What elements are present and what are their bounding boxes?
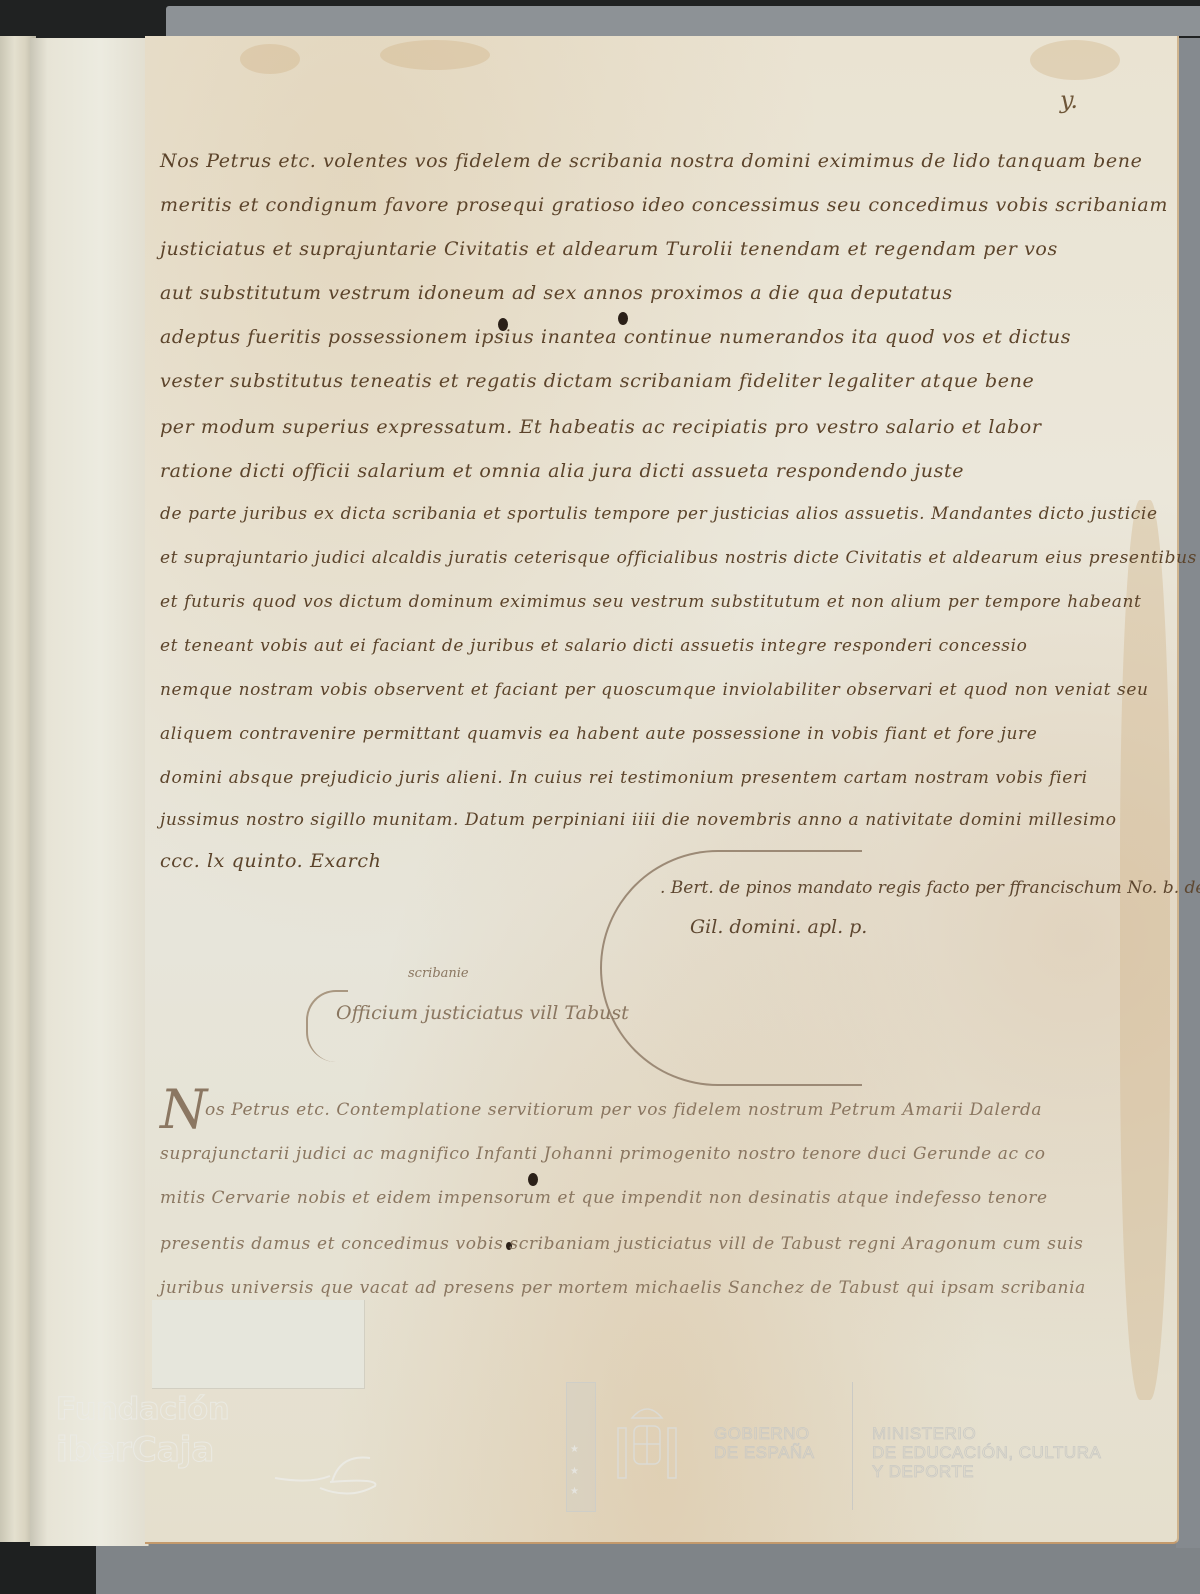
mount-board-right <box>1176 38 1200 1548</box>
text-line: per modum superius expressatum. Et habea… <box>160 416 1042 438</box>
rubric-bracket <box>306 990 348 1062</box>
worm-hole <box>498 318 508 331</box>
worm-hole <box>618 312 628 325</box>
scanner-frame-bottom-left <box>0 1540 96 1594</box>
text-line: aliquem contravenire permittant quamvis … <box>160 724 1037 744</box>
text-line: et futuris quod vos dictum dominum eximi… <box>160 592 1141 612</box>
water-stain <box>240 44 300 74</box>
text-line: domini absque prejudicio juris alieni. I… <box>160 768 1088 788</box>
watermark-ministerio: MINISTERIO DE EDUCACIÓN, CULTURA Y DEPOR… <box>872 1424 1101 1481</box>
text-line: nemque nostram vobis observent et facian… <box>160 680 1149 700</box>
annotation-line: . Bert. de pinos mandato regis facto per… <box>660 878 1200 898</box>
text-line: justiciatus et suprajuntarie Civitatis e… <box>160 238 1058 260</box>
text-line: meritis et condignum favore prosequi gra… <box>160 194 1168 216</box>
text-line: os Petrus etc. Contemplatione servitioru… <box>205 1100 1042 1120</box>
watermark-divider <box>852 1382 853 1510</box>
text-line: presentis damus et concedimus vobis scri… <box>160 1234 1083 1254</box>
worm-hole <box>528 1173 538 1186</box>
text-line: vester substitutus teneatis et regatis d… <box>160 370 1034 392</box>
annotation-line: Gil. domini. apl. p. <box>690 916 867 938</box>
text-line: mitis Cervarie nobis et eidem impensorum… <box>160 1188 1048 1208</box>
text-line: juribus universis que vacat ad presens p… <box>160 1278 1086 1298</box>
water-stain <box>1030 40 1120 80</box>
watermark-ibercaja: iberCaja <box>56 1430 214 1470</box>
coat-of-arms-icon <box>612 1398 682 1488</box>
mount-board-strip <box>166 6 1200 36</box>
ministry-line: MINISTERIO <box>872 1424 1101 1443</box>
text-line: de parte juribus ex dicta scribania et s… <box>160 504 1158 524</box>
foxing-edge <box>1120 500 1170 1400</box>
star-icon: ★ <box>570 1444 579 1455</box>
binding-guard-strip <box>30 38 149 1546</box>
watermark-fundacion: Fundación <box>56 1392 229 1427</box>
text-line: et suprajuntario judici alcaldis juratis… <box>160 548 1197 568</box>
text-line: ratione dicti officii salarium et omnia … <box>160 460 964 482</box>
water-stain <box>380 40 490 70</box>
drop-cap: N <box>160 1078 207 1141</box>
text-line: et teneant vobis aut ei faciant de jurib… <box>160 636 1028 656</box>
ibercaja-logo-icon <box>270 1448 390 1508</box>
text-line: jussimus nostro sigillo munitam. Datum p… <box>160 810 1117 830</box>
ministry-line: Y DEPORTE <box>872 1462 1101 1481</box>
rubric-superscript: scribanie <box>408 966 469 981</box>
rubric-title: Officium justiciatus vill Tabust <box>336 1002 629 1024</box>
text-line: suprajunctarii judici ac magnifico Infan… <box>160 1144 1046 1164</box>
text-line: aut substitutum vestrum idoneum ad sex a… <box>160 282 953 304</box>
folio-number: y. <box>1060 86 1078 114</box>
text-line: Nos Petrus etc. volentes vos fidelem de … <box>160 150 1142 172</box>
paper-repair-patch <box>152 1300 365 1389</box>
star-icon: ★ <box>570 1486 579 1497</box>
watermark-gobierno: GOBIERNO DE ESPAÑA <box>714 1424 815 1462</box>
gov-line: DE ESPAÑA <box>714 1443 815 1462</box>
gov-line: GOBIERNO <box>714 1424 815 1443</box>
text-line: adeptus fueritis possessionem ipsius ina… <box>160 326 1071 348</box>
ministry-line: DE EDUCACIÓN, CULTURA <box>872 1443 1101 1462</box>
star-icon: ★ <box>570 1466 579 1477</box>
text-line: ccc. lx quinto. Exarch <box>160 850 381 872</box>
